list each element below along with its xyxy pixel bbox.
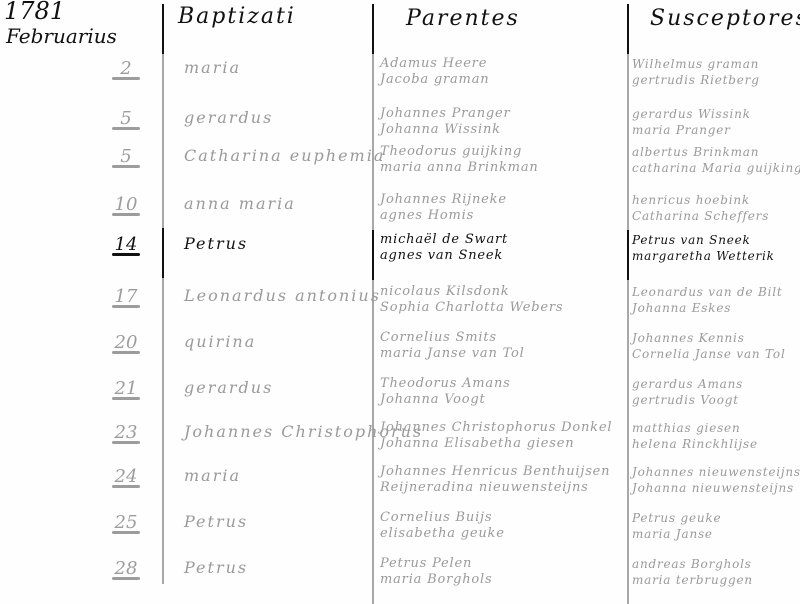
day-number: 5	[120, 108, 131, 129]
godmother-name: Catharina Scheffers	[632, 208, 769, 224]
baptized-child-name: Petrus	[184, 558, 248, 577]
father-name: nicolaus Kilsdonk	[380, 284, 563, 300]
godparents: albertus Brinkmancatharina Maria guijkin…	[632, 144, 800, 176]
day-number: 23	[115, 422, 138, 443]
parents: Theodorus guijkingmaria anna Brinkman	[380, 144, 539, 176]
entry-day: 10	[106, 194, 146, 216]
godparents: gerardus Amansgertrudis Voogt	[632, 376, 743, 408]
godparents: Johannes nieuwensteijnsJohanna nieuwenst…	[632, 464, 800, 496]
column-rule-1-highlight	[162, 228, 164, 278]
mother-name: agnes van Sneek	[380, 248, 508, 264]
parents: nicolaus KilsdonkSophia Charlotta Webers	[380, 284, 563, 316]
mother-name: Johanna Wissink	[380, 122, 511, 138]
entry-day: 28	[106, 558, 146, 580]
godmother-name: maria terbruggen	[632, 572, 753, 588]
baptized-child-name: anna maria	[184, 194, 296, 213]
godmother-name: maria Janse	[632, 526, 721, 542]
father-name: Theodorus Amans	[380, 376, 511, 392]
godmother-name: helena Rinckhlijse	[632, 436, 758, 452]
father-name: Petrus Pelen	[380, 556, 492, 572]
day-number: 17	[115, 286, 138, 307]
parents: Adamus HeereJacoba graman	[380, 56, 489, 88]
father-name: michaël de Swart	[380, 232, 508, 248]
day-number: 24	[115, 466, 138, 487]
godfather-name: matthias giesen	[632, 420, 758, 436]
entry-day: 25	[106, 512, 146, 534]
father-name: Theodorus guijking	[380, 144, 539, 160]
parents: Theodorus AmansJohanna Voogt	[380, 376, 511, 408]
godfather-name: Johannes Kennis	[632, 330, 786, 346]
column-rule-1	[162, 54, 164, 584]
entry-day: 5	[106, 108, 146, 130]
day-number: 10	[115, 194, 138, 215]
column-rule-1-top	[162, 4, 164, 54]
mother-name: Johanna Elisabetha giesen	[380, 436, 612, 452]
day-number: 21	[115, 378, 138, 399]
godmother-name: gertrudis Voogt	[632, 392, 743, 408]
entry-day: 24	[106, 466, 146, 488]
baptized-child-name: gerardus	[184, 378, 273, 397]
column-rule-3-highlight	[627, 230, 629, 280]
mother-name: Johanna Voogt	[380, 392, 511, 408]
mother-name: Jacoba graman	[380, 72, 489, 88]
day-number: 5	[120, 146, 131, 167]
column-rule-3-top	[627, 4, 629, 54]
godparents: matthias giesenhelena Rinckhlijse	[632, 420, 758, 452]
godparents: gerardus Wissinkmaria Pranger	[632, 106, 751, 138]
baptized-child-name: maria	[184, 466, 241, 485]
header-baptizati: Baptizati	[178, 4, 296, 29]
day-number: 20	[115, 332, 138, 353]
header-susceptores: Susceptores	[650, 6, 800, 31]
godfather-name: Johannes nieuwensteijns	[632, 464, 800, 480]
godparents: henricus hoebinkCatharina Scheffers	[632, 192, 769, 224]
father-name: Adamus Heere	[380, 56, 489, 72]
godparents: Wilhelmus gramangertrudis Rietberg	[632, 56, 760, 88]
entry-day: 5	[106, 146, 146, 168]
godfather-name: Wilhelmus graman	[632, 56, 760, 72]
mother-name: maria Janse van Tol	[380, 346, 525, 362]
godfather-name: albertus Brinkman	[632, 144, 800, 160]
father-name: Cornelius Smits	[380, 330, 525, 346]
godfather-name: gerardus Wissink	[632, 106, 751, 122]
baptized-child-name: gerardus	[184, 108, 273, 127]
day-number: 14	[115, 234, 138, 255]
register-month: Februarius	[6, 24, 117, 48]
register-year: 1781	[4, 0, 65, 22]
baptized-child-name: Leonardus antonius	[184, 286, 381, 305]
godmother-name: Johanna Eskes	[632, 300, 783, 316]
column-rule-2	[372, 54, 374, 604]
godparents: Petrus van Sneekmargaretha Wetterik	[632, 232, 775, 264]
father-name: Johannes Henricus Benthuijsen	[380, 464, 610, 480]
entry-day: 23	[106, 422, 146, 444]
godfather-name: gerardus Amans	[632, 376, 743, 392]
godmother-name: catharina Maria guijking	[632, 160, 800, 176]
baptized-child-name: Petrus	[184, 234, 248, 253]
column-rule-3	[627, 54, 629, 604]
day-number: 25	[115, 512, 138, 533]
day-number: 28	[115, 558, 138, 579]
entry-day: 14	[106, 234, 146, 256]
godfather-name: Petrus geuke	[632, 510, 721, 526]
parents: Petrus Pelenmaria Borghols	[380, 556, 492, 588]
parents: Johannes Henricus BenthuijsenReijneradin…	[380, 464, 610, 496]
godfather-name: Leonardus van de Bilt	[632, 284, 783, 300]
entry-day: 20	[106, 332, 146, 354]
entry-day: 2	[106, 58, 146, 80]
column-rule-2-highlight	[372, 230, 374, 280]
baptized-child-name: Petrus	[184, 512, 248, 531]
godparents: Leonardus van de BiltJohanna Eskes	[632, 284, 783, 316]
entry-day: 21	[106, 378, 146, 400]
baptized-child-name: quirina	[184, 332, 256, 351]
parents: Johannes Christophorus DonkelJohanna Eli…	[380, 420, 612, 452]
godfather-name: henricus hoebink	[632, 192, 769, 208]
father-name: Cornelius Buijs	[380, 510, 505, 526]
entry-day: 17	[106, 286, 146, 308]
godmother-name: Johanna nieuwensteijns	[632, 480, 800, 496]
mother-name: agnes Homis	[380, 208, 507, 224]
parents: Johannes PrangerJohanna Wissink	[380, 106, 511, 138]
godmother-name: gertrudis Rietberg	[632, 72, 760, 88]
column-rule-2-top	[372, 4, 374, 54]
parents: Cornelius Buijselisabetha geuke	[380, 510, 505, 542]
godfather-name: Petrus van Sneek	[632, 232, 775, 248]
godmother-name: Cornelia Janse van Tol	[632, 346, 786, 362]
parents: Cornelius Smitsmaria Janse van Tol	[380, 330, 525, 362]
mother-name: maria Borghols	[380, 572, 492, 588]
mother-name: Reijneradina nieuwensteijns	[380, 480, 610, 496]
day-number: 2	[120, 58, 131, 79]
mother-name: elisabetha geuke	[380, 526, 505, 542]
parents: michaël de Swartagnes van Sneek	[380, 232, 508, 264]
father-name: Johannes Pranger	[380, 106, 511, 122]
godmother-name: maria Pranger	[632, 122, 751, 138]
father-name: Johannes Christophorus Donkel	[380, 420, 612, 436]
mother-name: maria anna Brinkman	[380, 160, 539, 176]
godparents: Petrus geukemaria Janse	[632, 510, 721, 542]
godfather-name: andreas Borghols	[632, 556, 753, 572]
godparents: Johannes KennisCornelia Janse van Tol	[632, 330, 786, 362]
father-name: Johannes Rijneke	[380, 192, 507, 208]
godparents: andreas Borgholsmaria terbruggen	[632, 556, 753, 588]
baptism-register-page: 1781 Februarius Baptizati Parentes Susce…	[0, 0, 800, 604]
header-parentes: Parentes	[406, 6, 520, 31]
godmother-name: margaretha Wetterik	[632, 248, 775, 264]
parents: Johannes Rijnekeagnes Homis	[380, 192, 507, 224]
baptized-child-name: Catharina euphemia	[184, 146, 385, 165]
baptized-child-name: maria	[184, 58, 241, 77]
mother-name: Sophia Charlotta Webers	[380, 300, 563, 316]
